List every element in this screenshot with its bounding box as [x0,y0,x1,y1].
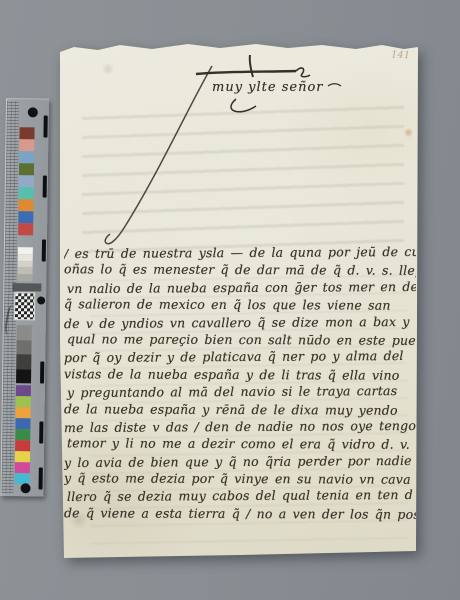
verso-showthrough [82,106,404,256]
invocation-text: muy ylte señor [212,80,324,95]
manuscript-line: vistas de la nueba españa y de li tras q… [64,365,416,384]
invocation-header: muy ylte señor [178,50,378,116]
manuscript-line: vn nalio de la nueba españa con ḡer tos … [64,278,416,298]
color-patch [16,340,31,355]
manuscript-line: de q̃ viene a esta tierra q̃ / no a ven … [64,504,416,523]
color-patch [16,354,31,369]
plate-label-bar [12,283,41,291]
photo-backdrop: 141 muy ylte señor / es trū de nuestra y… [0,0,460,600]
color-patch-series-bottom [15,385,31,484]
color-patch [19,175,34,187]
registration-dot-middle [37,296,45,304]
manuscript-line: de la nueba españa y rēnā de le dixa muy… [64,400,416,419]
color-patch [18,199,33,211]
registration-dot-top [28,107,38,117]
color-patch [16,385,31,396]
manuscript-line: y lo avia de bien que y q̃ no q̃ria perd… [64,452,416,472]
registration-dash [39,467,43,489]
manuscript-line: oñas lo q̃ es menester q̃ de dar mā de q… [64,261,416,280]
stain [403,128,414,137]
color-patch [19,127,34,139]
color-patch [15,462,30,473]
gray-scale-wedge-top [17,247,32,281]
registration-dash [42,240,46,262]
manuscript-page: 141 muy ylte señor / es trū de nuestra y… [60,42,418,560]
color-patch [15,451,30,462]
color-patch [19,163,34,175]
resolution-target [15,293,34,319]
manuscript-page-wrap: 141 muy ylte señor / es trū de nuestra y… [60,42,418,562]
color-patch [15,473,30,484]
color-patch [17,325,32,340]
color-patch [16,396,31,407]
registration-dash [43,176,47,198]
color-patch [19,151,34,163]
manuscript-line: por q̃ oy dezir y de platicava q̃ ner po… [64,347,416,367]
manuscript-line: me las diste v das / den de nadie no nos… [64,417,416,437]
color-calibration-bar [0,98,49,497]
color-patch [15,429,30,440]
registration-dot-bottom [20,483,30,493]
color-patch [17,274,32,281]
manuscript-line: q̃ salieron de mexico en q̃ los que les … [64,295,416,314]
manuscript-text-block: / es trū de nuestra ysla — de la quna po… [64,244,416,522]
folio-number: 141 [391,50,410,62]
registration-dash [43,116,47,138]
registration-dash [39,421,43,443]
manuscript-line: temor y li no me a dezir como el era q̃ … [64,435,416,454]
gray-scale-wedge-bottom [16,325,32,383]
manuscript-line: y preguntando al mā del navio si le tray… [64,382,416,402]
color-patch [19,187,34,199]
color-patch [18,211,33,223]
color-patch [16,407,31,418]
manuscript-line: llero q̃ se dezia muy cabos del qual ten… [64,486,416,506]
color-patch [19,139,34,151]
color-patch-series-top [18,127,35,235]
manuscript-line: de v de yndios vn cavallero q̃ se dize m… [64,312,416,332]
color-patch [15,418,30,429]
color-patch [15,440,30,451]
color-patch [16,369,31,384]
color-patch [18,223,33,235]
registration-dash [40,362,44,384]
stain [100,64,116,74]
